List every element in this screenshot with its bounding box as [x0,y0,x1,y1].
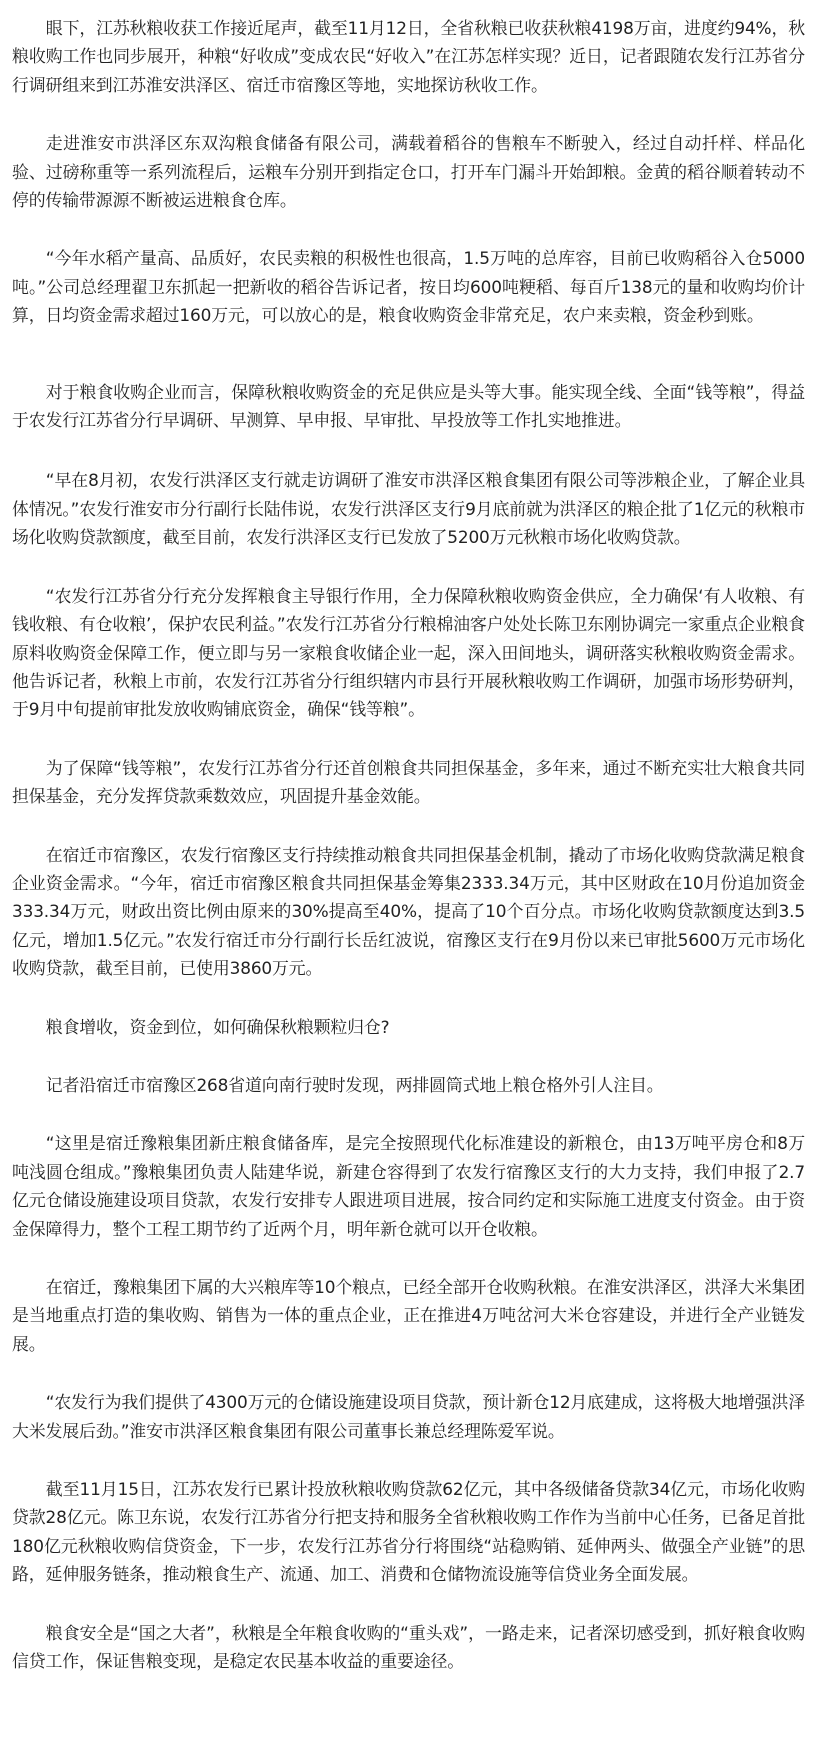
paragraph-conclusion: 粮食安全是“国之大者”，秋粮是全年粮食收购的“重头戏”，一路走来，记者深切感受到… [12,1619,805,1676]
paragraph-suyu-district: 在宿迁市宿豫区，农发行宿豫区支行持续推动粮食共同担保基金机制，撬动了市场化收购贷… [12,841,805,983]
paragraph-funding-priority: 对于粮食收购企业而言，保障秋粮收购资金的充足供应是头等大事。能实现全线、全面“钱… [12,378,805,435]
paragraph-intro: 眼下，江苏秋粮收获工作接近尾声，截至11月12日，全省秋粮已收获秋粮4198万亩… [12,14,805,99]
article-body: 眼下，江苏秋粮收获工作接近尾声，截至11月12日，全省秋粮已收获秋粮4198万亩… [0,0,817,1675]
paragraph-grain-depot: 走进淮安市洪泽区东双沟粮食储备有限公司，满载着稻谷的售粮车不断驶入，经过自动扦样… [12,129,805,214]
paragraph-guarantee-fund: 为了保障“钱等粮”，农发行江苏省分行还首创粮食共同担保基金，多年来，通过不断充实… [12,754,805,811]
paragraph-chairman-quote: “农发行为我们提供了4300万元的仓储设施建设项目贷款，预计新仓12月底建成，这… [12,1388,805,1445]
paragraph-reporter-observation: 记者沿宿迁市宿豫区268省道向南行驶时发现，两排圆筒式地上粮仓格外引人注目。 [12,1071,805,1099]
paragraph-loan-totals: 截至11月15日，江苏农发行已累计投放秋粮收购贷款62亿元，其中各级储备贷款34… [12,1475,805,1589]
paragraph-xinzhuang-depot: “这里是宿迁豫粮集团新庄粮食储备库，是完全按照现代化标准建设的新粮仓，由13万吨… [12,1129,805,1243]
paragraph-hongze-branch: “早在8月初，农发行洪泽区支行就走访调研了淮安市洪泽区粮食集团有限公司等涉粮企业… [12,466,805,551]
paragraph-provincial-branch: “农发行江苏省分行充分发挥粮食主导银行作用，全力保障秋粮收购资金供应，全力确保‘… [12,582,805,724]
paragraph-question: 粮食增收，资金到位，如何确保秋粮颗粒归仓? [12,1013,805,1041]
paragraph-grain-points: 在宿迁，豫粮集团下属的大兴粮库等10个粮点，已经全部开仓收购秋粮。在淮安洪泽区，… [12,1273,805,1358]
paragraph-manager-quote: “今年水稻产量高、品质好，农民卖粮的积极性也很高，1.5万吨的总库容，目前已收购… [12,244,805,329]
